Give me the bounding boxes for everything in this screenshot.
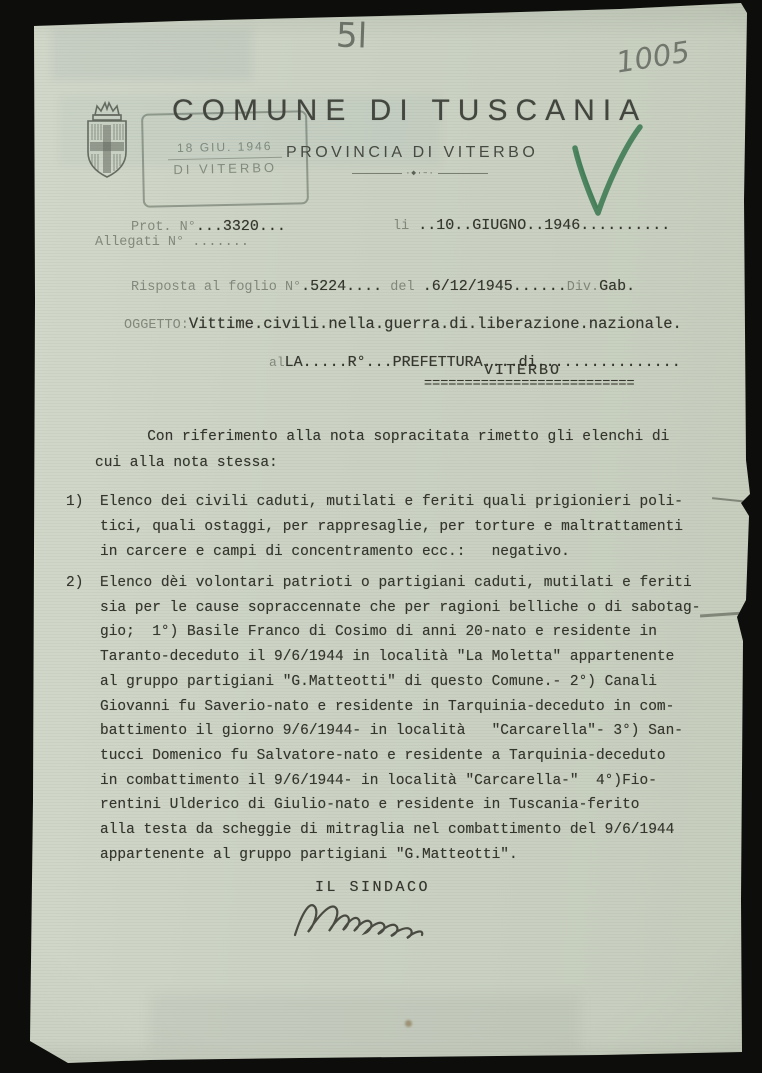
div-value: Gab. — [599, 278, 635, 295]
paper-tear-bottom — [700, 611, 744, 617]
div-label: Div. — [567, 280, 599, 295]
prot-label: Prot. N° — [131, 220, 196, 235]
item-1-text: Elenco dei civili caduti, mutilati e fer… — [100, 490, 683, 565]
intro-paragraph: Con riferimento alla nota sopracitata ri… — [95, 424, 669, 476]
date-label: li — [393, 219, 409, 234]
show-through-ghost-bottom — [150, 995, 580, 1050]
paper-speck — [405, 1020, 412, 1027]
oggetto-value: Vittime.civili.nella.guerra.di.liberazio… — [189, 315, 682, 333]
scanned-document-page: { "annotations": { "pencil_top_left": "5… — [0, 0, 762, 1073]
risposta-number: .5224.... — [301, 278, 382, 295]
del-label: del — [382, 280, 423, 295]
risposta-label: Risposta al foglio N° — [131, 280, 301, 295]
comune-coat-of-arms-icon — [78, 100, 136, 191]
letterhead-subtitle: PROVINCIA DI VITERBO — [286, 144, 538, 162]
pencil-number-top-right: 1005 — [614, 34, 692, 79]
mayor-signature — [292, 893, 444, 948]
item-2-number: 2) — [66, 571, 83, 596]
allegati-line: Allegati N° ....... — [95, 235, 249, 250]
stamp-place: DI VITERBO — [144, 159, 306, 177]
addressee-underline: ========================== — [424, 377, 635, 392]
date-value: ..10..GIUGNO..1946.......... — [418, 217, 670, 234]
paper-tear-top — [712, 497, 748, 503]
item-2-text: Elenco dèi volontari patrioti o partigia… — [100, 571, 700, 867]
show-through-ghost-top — [52, 28, 252, 80]
item-1-number: 1) — [66, 490, 83, 515]
addressee-prefix: al — [269, 355, 285, 370]
paper-sheet: 5l 1005 18 GIU. 1946 DI VITERBO COMUNE D… — [0, 0, 762, 1073]
oggetto-label: OGGETTO: — [124, 318, 189, 333]
prot-value: ...3320... — [196, 218, 286, 235]
stamp-date: 18 GIU. 1946 — [144, 138, 306, 155]
risposta-date: .6/12/1945...... — [423, 278, 567, 295]
letterhead-divider: ·◆·–· — [352, 168, 488, 178]
addressee-value: LA.....R°...PREFETTURA....di............… — [285, 354, 681, 371]
pencil-number-top-left: 5l — [335, 15, 367, 56]
